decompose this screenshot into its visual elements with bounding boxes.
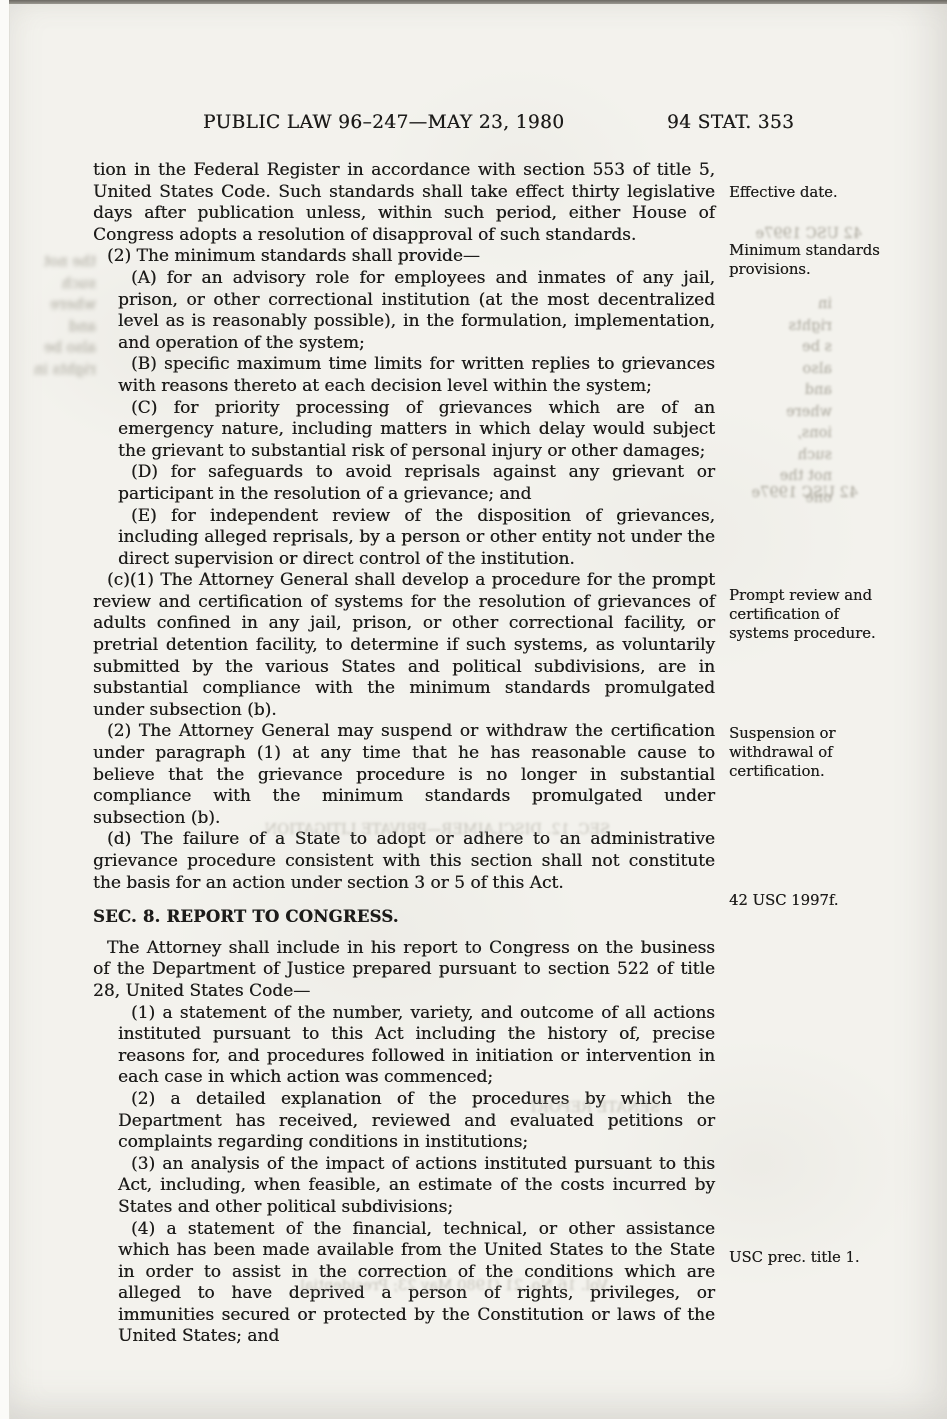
statute-text-column: tion in the Federal Register in accordan… xyxy=(93,160,715,1348)
statute-paragraph: (d) The failure of a State to adopt or a… xyxy=(93,829,715,894)
statute-subparagraph: (4) a statement of the financial, techni… xyxy=(118,1219,715,1349)
scanned-statute-page: PUBLIC LAW 96–247—MAY 23, 1980 94 STAT. … xyxy=(0,0,947,1419)
statute-subparagraph: (3) an analysis of the impact of actions… xyxy=(118,1154,715,1219)
statute-subparagraph: (C) for priority processing of grievance… xyxy=(118,398,715,463)
scan-top-edge xyxy=(9,0,947,4)
bleedthrough-text: in rights s be also and where ions, such… xyxy=(737,294,832,509)
statute-subparagraph: (E) for independent review of the dispos… xyxy=(118,506,715,571)
margin-note-42-usc-1997f: 42 USC 1997f. xyxy=(729,891,899,910)
margin-note-prompt-review: Prompt review and certification of syste… xyxy=(729,586,899,643)
margin-note-suspension-withdrawal: Suspension or withdrawal of certificatio… xyxy=(729,724,899,781)
page-header-law-title: PUBLIC LAW 96–247—MAY 23, 1980 xyxy=(203,112,564,133)
bleedthrough-text: the not such where and also be rights in xyxy=(24,252,96,381)
statute-paragraph: The Attorney shall include in his report… xyxy=(93,938,715,1003)
statute-subparagraph: (D) for safeguards to avoid reprisals ag… xyxy=(118,462,715,505)
statute-paragraph: (2) The Attorney General may suspend or … xyxy=(93,721,715,829)
section-8-heading: SEC. 8. REPORT TO CONGRESS. xyxy=(93,906,715,928)
statute-subparagraph: (B) specific maximum time limits for wri… xyxy=(118,354,715,397)
statute-paragraph: (2) The minimum standards shall provide— xyxy=(93,246,715,268)
statute-subparagraph: (2) a detailed explanation of the proced… xyxy=(118,1089,715,1154)
margin-note-minimum-standards: Minimum standards provisions. xyxy=(729,241,899,279)
scan-left-edge xyxy=(0,0,10,1419)
statute-paragraph: tion in the Federal Register in accordan… xyxy=(93,160,715,246)
page-header-stat-number: 94 STAT. 353 xyxy=(667,112,794,133)
margin-note-usc-prec-title-1: USC prec. title 1. xyxy=(729,1248,899,1267)
statute-subparagraph: (1) a statement of the number, variety, … xyxy=(118,1003,715,1089)
statute-subparagraph: (A) for an advisory role for employees a… xyxy=(118,268,715,354)
bleedthrough-text: 42 USC 1997e xyxy=(738,483,858,505)
margin-note-effective-date: Effective date. xyxy=(729,183,899,202)
statute-paragraph: (c)(1) The Attorney General shall develo… xyxy=(93,570,715,721)
